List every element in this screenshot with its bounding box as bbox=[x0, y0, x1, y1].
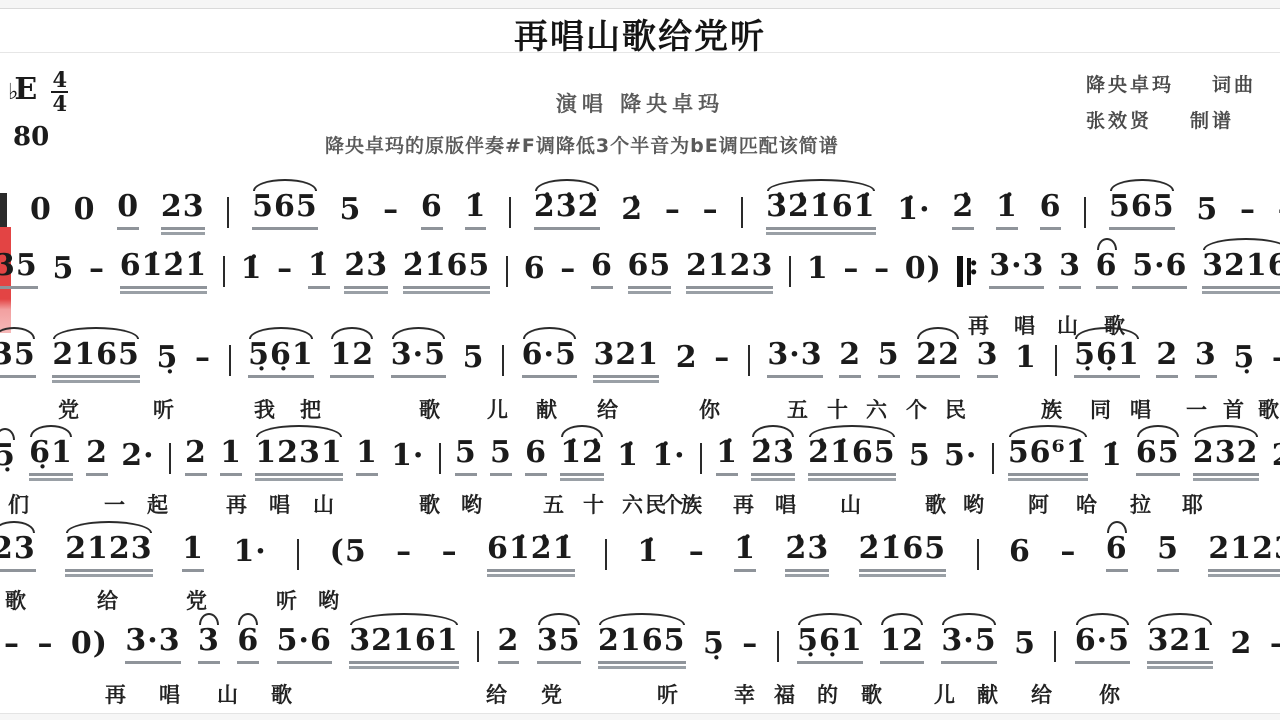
note-group: – bbox=[703, 193, 719, 230]
note-group: 5̣ bbox=[0, 439, 16, 476]
lyric-syllable: 耶 bbox=[1182, 489, 1203, 519]
note-group: 65 bbox=[628, 249, 672, 289]
note-group: 565 bbox=[252, 190, 318, 230]
lyric-syllable: 歌 bbox=[925, 489, 946, 519]
credit-role: 词曲 bbox=[1212, 70, 1256, 97]
lyric-syllable: 起 bbox=[147, 489, 168, 519]
note-group: – bbox=[1240, 193, 1256, 230]
note-group: 5 bbox=[455, 436, 477, 476]
lyric-syllable: 给 bbox=[1031, 679, 1052, 709]
lyric-syllable: 党 bbox=[186, 585, 207, 615]
note-group: 35 bbox=[537, 624, 581, 664]
lyric-syllable: 歌 bbox=[271, 679, 292, 709]
note-group: 3 bbox=[1059, 249, 1081, 289]
lyric-syllable: 族 bbox=[1041, 394, 1062, 424]
note-group: 5 bbox=[463, 341, 485, 378]
note-group: 1· bbox=[391, 439, 424, 476]
lyric-syllable: 我 bbox=[254, 394, 275, 424]
note-group: 1̇ bbox=[734, 532, 756, 572]
note-group: 1̇ bbox=[241, 252, 263, 289]
bar-line bbox=[741, 197, 743, 228]
lyric-syllable: 唱 bbox=[1130, 394, 1151, 424]
note-group: 1̇ bbox=[465, 190, 487, 230]
lyric-syllable: 党 bbox=[541, 679, 562, 709]
notation-row-2: 355–61̇2̇1̇1̇–1̇2̇3̇2̇1̇656–66521231––0)… bbox=[0, 249, 1280, 289]
bar-line bbox=[700, 443, 702, 474]
note-group: 2 bbox=[1272, 439, 1280, 476]
lyric-syllable: 哟 bbox=[461, 489, 482, 519]
note-group: – bbox=[689, 535, 705, 572]
note-group: 1 bbox=[220, 436, 242, 476]
note-group: 2· bbox=[121, 439, 154, 476]
bar-line bbox=[605, 539, 607, 570]
note-group: 5·6 bbox=[277, 624, 332, 664]
lyric-syllable: 五 bbox=[543, 489, 564, 519]
tempo-marking: 80 bbox=[13, 122, 49, 152]
note-group: 321 bbox=[1147, 624, 1213, 664]
lyric-syllable: 哈 bbox=[1076, 489, 1097, 519]
note-group: 5̣ bbox=[703, 627, 725, 664]
note-group: 6 bbox=[591, 249, 613, 289]
note-group: 232 bbox=[1193, 436, 1259, 476]
bar-line bbox=[502, 345, 504, 376]
lyric-syllable: 唱 bbox=[775, 489, 796, 519]
repeat-sign bbox=[957, 256, 975, 287]
note-group: 3·3 bbox=[767, 338, 822, 378]
note-group: 3·5 bbox=[941, 624, 996, 664]
bar-line bbox=[992, 443, 994, 474]
lyric-syllable: 儿 bbox=[487, 394, 508, 424]
lyric-syllable: 给 bbox=[486, 679, 507, 709]
note-group: (5 bbox=[330, 535, 367, 572]
bar-line bbox=[477, 631, 479, 662]
lyric-syllable: 献 bbox=[536, 394, 557, 424]
note-group: 1̇· bbox=[897, 193, 930, 230]
lyric-syllable: 福 bbox=[774, 679, 795, 709]
note-group: 23 bbox=[0, 532, 36, 572]
note-group: – bbox=[665, 193, 681, 230]
note-group: 1̇2̇ bbox=[560, 436, 604, 476]
note-group: 3 bbox=[198, 624, 220, 664]
note-group: 65 bbox=[1136, 436, 1180, 476]
note-group: – bbox=[195, 341, 211, 378]
note-group: 56⁶1̇ bbox=[1008, 436, 1088, 476]
lyric-row-5: 再唱山歌给党听幸福的歌儿献给你 bbox=[0, 679, 1280, 705]
notation-row-5: 23212311·(5––61̇2̇1̇1̇–1̇2̇3̇2̇1̇656–652… bbox=[0, 532, 1280, 572]
note-group: 2165 bbox=[598, 624, 686, 664]
note-group: 2 bbox=[1231, 627, 1253, 664]
note-group: 2 bbox=[676, 341, 698, 378]
lyric-syllable: 五 bbox=[787, 394, 808, 424]
bar-line bbox=[227, 197, 229, 228]
note-group: – bbox=[396, 535, 412, 572]
lyric-syllable: 歌 bbox=[1104, 310, 1125, 340]
lyric-syllable: 阿 bbox=[1028, 489, 1049, 519]
credit-lyricist: 降央卓玛 词曲 bbox=[1086, 70, 1256, 97]
note-group: 5 bbox=[1157, 532, 1179, 572]
note-group: – bbox=[89, 252, 105, 289]
bar-line bbox=[506, 256, 508, 287]
note-group: 5̣ bbox=[156, 341, 178, 378]
lyric-syllable: 儿 bbox=[934, 679, 955, 709]
lyric-syllable: 歌 bbox=[861, 679, 882, 709]
lyric-syllable: 山 bbox=[217, 679, 238, 709]
accompaniment-note: 降央卓玛的原版伴奏#F调降低3个半音为bE调匹配该简谱 bbox=[325, 131, 839, 158]
lyric-syllable: 听 bbox=[657, 679, 678, 709]
credit-role: 制谱 bbox=[1190, 106, 1234, 133]
note-group: 32161 bbox=[349, 624, 458, 664]
note-group: 5· bbox=[944, 439, 977, 476]
bottom-edge-band bbox=[0, 713, 1280, 720]
note-group: 3·3 bbox=[989, 249, 1044, 289]
credit-name: 张效贤 bbox=[1086, 106, 1152, 133]
note-group: 12 bbox=[880, 624, 924, 664]
note-group: – bbox=[4, 627, 20, 664]
note-group: 1̇ bbox=[617, 439, 639, 476]
lyric-row-4: 歌给党听哟 bbox=[0, 585, 1280, 611]
notation-row-3: 3521655̣–5̣6̣1123·556·53212–3·32522315̣6… bbox=[0, 338, 1280, 378]
lyric-syllable: 听 bbox=[153, 394, 174, 424]
credit-transcriber: 张效贤 制谱 bbox=[1086, 106, 1256, 133]
lyric-syllable: 拉 bbox=[1130, 489, 1151, 519]
lyric-syllable: 幸 bbox=[734, 679, 755, 709]
note-group: 5̣6̣1 bbox=[1074, 338, 1140, 378]
note-group: 321 bbox=[593, 338, 659, 378]
note-group: 2̇3̇ bbox=[344, 249, 388, 289]
lyric-syllable: 歌 bbox=[1258, 394, 1279, 424]
note-group: 1 bbox=[356, 436, 378, 476]
lyric-syllable: 民 bbox=[645, 489, 666, 519]
note-group: 23 bbox=[161, 190, 205, 230]
lyric-syllable: 六 bbox=[622, 489, 643, 519]
note-group: – bbox=[383, 193, 399, 230]
note-group: 2̇3̇ bbox=[751, 436, 795, 476]
top-edge-band bbox=[0, 0, 1280, 9]
lyric-syllable: 唱 bbox=[159, 679, 180, 709]
note-group: 5 bbox=[878, 338, 900, 378]
lyric-syllable: 给 bbox=[97, 585, 118, 615]
note-group: 6 bbox=[1096, 249, 1118, 289]
lyric-syllable: 首 bbox=[1223, 394, 1244, 424]
note-group: 0) bbox=[905, 252, 942, 289]
bar-line bbox=[1084, 197, 1086, 228]
note-group: 1̇· bbox=[652, 439, 685, 476]
lyric-syllable: 们 bbox=[8, 489, 29, 519]
note-group: 2 bbox=[839, 338, 861, 378]
note-group: – bbox=[1272, 341, 1280, 378]
bar-line bbox=[439, 443, 441, 474]
lyric-row-3: 们一起再唱山歌哟五十六个民族再唱山歌哟阿哈拉耶 bbox=[0, 489, 1280, 515]
lyric-syllable: 一 bbox=[1186, 394, 1207, 424]
note-group: 2123 bbox=[65, 532, 153, 572]
note-group: 6 bbox=[421, 190, 443, 230]
credits-block: 降央卓玛 词曲 张效贤 制谱 bbox=[1086, 70, 1256, 133]
lyric-syllable: 再 bbox=[105, 679, 126, 709]
note-group: 5 bbox=[340, 193, 362, 230]
note-group: 3216 bbox=[1202, 249, 1280, 289]
note-group: 6 bbox=[524, 252, 546, 289]
note-group: – bbox=[874, 252, 890, 289]
lyric-row-1: 再唱山歌 bbox=[0, 310, 1280, 336]
note-group: – bbox=[714, 341, 730, 378]
note-group: 2̇3̇2̇ bbox=[534, 190, 600, 230]
lyric-syllable: 再 bbox=[226, 489, 247, 519]
lyric-syllable: 的 bbox=[817, 679, 838, 709]
bar-line bbox=[169, 443, 171, 474]
notation-row-1: 000235655–61̇2̇3̇2̇2̇––3̇2̇1̇61̇1̇·2̇1̇6… bbox=[30, 190, 1280, 230]
note-group: 35 bbox=[0, 338, 36, 378]
lyric-syllable: 同 bbox=[1090, 394, 1111, 424]
bar-line bbox=[1055, 345, 1057, 376]
note-group: 22 bbox=[916, 338, 960, 378]
note-group: 6 bbox=[1106, 532, 1128, 572]
lyric-syllable: 唱 bbox=[1014, 310, 1035, 340]
song-title: 再唱山歌给党听 bbox=[0, 9, 1280, 58]
note-group: 3 bbox=[977, 338, 999, 378]
note-group: 2 bbox=[185, 436, 207, 476]
note-group: – bbox=[277, 252, 293, 289]
note-group: – bbox=[1060, 535, 1076, 572]
note-group: 1̇ bbox=[637, 535, 659, 572]
lyric-syllable: 听 bbox=[276, 585, 297, 615]
note-group: 0 bbox=[30, 193, 52, 230]
note-group: 6·5 bbox=[1075, 624, 1130, 664]
lyric-syllable: 给 bbox=[597, 394, 618, 424]
note-group: 1̇ bbox=[308, 249, 330, 289]
note-group: 1· bbox=[233, 535, 266, 572]
lyric-syllable: 六 bbox=[866, 394, 887, 424]
lyric-syllable: 山 bbox=[840, 489, 861, 519]
lyric-syllable: 山 bbox=[1057, 310, 1078, 340]
note-group: 0 bbox=[74, 193, 96, 230]
note-group: 3·3 bbox=[125, 624, 180, 664]
note-group: 6̣1 bbox=[29, 436, 73, 476]
bar-line bbox=[229, 345, 231, 376]
lyric-syllable: 再 bbox=[733, 489, 754, 519]
bar-line bbox=[777, 631, 779, 662]
bar-line bbox=[977, 539, 979, 570]
lyric-syllable: 歌 bbox=[419, 394, 440, 424]
note-group: 6 bbox=[237, 624, 259, 664]
note-group: 1 bbox=[182, 532, 204, 572]
note-group: 1̇ bbox=[996, 190, 1018, 230]
note-group: 6 bbox=[1040, 190, 1062, 230]
note-group: 5̣6̣1 bbox=[797, 624, 863, 664]
note-group: 2 bbox=[86, 436, 108, 476]
note-group: 5̣6̣1 bbox=[248, 338, 314, 378]
note-group: 61̇2̇1̇ bbox=[487, 532, 575, 572]
lyric-syllable: 民 bbox=[945, 394, 966, 424]
lyric-syllable: 献 bbox=[977, 679, 998, 709]
notation-row-4: 5̣6̣122·21123111·5561̇2̇1̇1̇·1̇2̇3̇2̇1̇6… bbox=[0, 436, 1280, 476]
lyric-syllable: 再 bbox=[968, 310, 989, 340]
lyric-syllable: 一 bbox=[104, 489, 125, 519]
note-group: 2 bbox=[498, 624, 520, 664]
note-group: 3·5 bbox=[391, 338, 446, 378]
notation-row-6: ––0)3·3365·63216123521655̣–5̣6̣1123·556·… bbox=[4, 624, 1280, 664]
lyric-syllable: 十 bbox=[583, 489, 604, 519]
lyric-syllable: 山 bbox=[313, 489, 334, 519]
note-group: 1̇ bbox=[1101, 439, 1123, 476]
lyric-syllable: 个 bbox=[906, 394, 927, 424]
clipped-edge-glyph bbox=[0, 193, 7, 230]
bar-line bbox=[509, 197, 511, 228]
note-group: 1231 bbox=[255, 436, 343, 476]
note-group: 61̇2̇1̇ bbox=[120, 249, 208, 289]
note-group: 1 bbox=[1015, 341, 1037, 378]
note-group: – bbox=[560, 252, 576, 289]
note-group: 1 bbox=[807, 252, 829, 289]
bar-line bbox=[297, 539, 299, 570]
note-group: 2̇1̇65 bbox=[403, 249, 491, 289]
note-group: 6 bbox=[525, 436, 547, 476]
note-group: – bbox=[37, 627, 53, 664]
note-group: 565 bbox=[1109, 190, 1175, 230]
lyric-syllable: 党 bbox=[58, 394, 79, 424]
note-group: 5 bbox=[490, 436, 512, 476]
note-group: 2 bbox=[1156, 338, 1178, 378]
note-group: 2̇1̇65 bbox=[859, 532, 947, 572]
lyric-syllable: 歌 bbox=[5, 585, 26, 615]
note-group: 2̇3̇ bbox=[785, 532, 829, 572]
note-group: 12 bbox=[330, 338, 374, 378]
lyric-row-2: 党听我把歌儿献给你五十六个民族同唱一首歌 bbox=[0, 394, 1280, 420]
note-group: 6·5 bbox=[522, 338, 577, 378]
lyric-syllable: 十 bbox=[827, 394, 848, 424]
lyric-syllable: 哟 bbox=[963, 489, 984, 519]
note-group: 6 bbox=[1009, 535, 1031, 572]
time-signature-numerator: 4 bbox=[52, 70, 67, 90]
note-group: – bbox=[442, 535, 458, 572]
note-group: – bbox=[1270, 627, 1280, 664]
note-group: 2165 bbox=[52, 338, 140, 378]
lyric-syllable: 歌 bbox=[419, 489, 440, 519]
note-group: 35 bbox=[0, 249, 38, 289]
note-group: 2123 bbox=[686, 249, 774, 289]
note-group: 3̇2̇1̇61̇ bbox=[766, 190, 875, 230]
note-group: 3 bbox=[1195, 338, 1217, 378]
note-group: 0 bbox=[117, 190, 139, 230]
lyric-syllable: 你 bbox=[699, 394, 720, 424]
note-group: 5 bbox=[52, 252, 74, 289]
lyric-syllable: 唱 bbox=[269, 489, 290, 519]
note-group: 5·6 bbox=[1132, 249, 1187, 289]
note-group: 5̣ bbox=[1233, 341, 1255, 378]
note-group: 1̇ bbox=[716, 436, 738, 476]
note-group: – bbox=[843, 252, 859, 289]
note-group: – bbox=[742, 627, 758, 664]
lyric-syllable: 你 bbox=[1099, 679, 1120, 709]
note-group: 5 bbox=[909, 439, 931, 476]
lyric-syllable: 哟 bbox=[318, 585, 339, 615]
note-group: 0) bbox=[71, 627, 108, 664]
note-group: 2̇ bbox=[621, 193, 643, 230]
bar-line bbox=[748, 345, 750, 376]
credit-name: 降央卓玛 bbox=[1086, 70, 1174, 97]
lyric-syllable: 族 bbox=[681, 489, 702, 519]
note-group: 2̇ bbox=[952, 190, 974, 230]
bar-line bbox=[789, 256, 791, 287]
bar-line bbox=[1054, 631, 1056, 662]
note-group: 2̇1̇65 bbox=[808, 436, 896, 476]
note-group: 5 bbox=[1196, 193, 1218, 230]
note-group: 5 bbox=[1014, 627, 1036, 664]
sheet-music-page: { "header": { "title": "再唱山歌给党听", "perfo… bbox=[0, 0, 1280, 720]
note-group: 2123 bbox=[1208, 532, 1280, 572]
lyric-syllable: 把 bbox=[300, 394, 321, 424]
bar-line bbox=[223, 256, 225, 287]
